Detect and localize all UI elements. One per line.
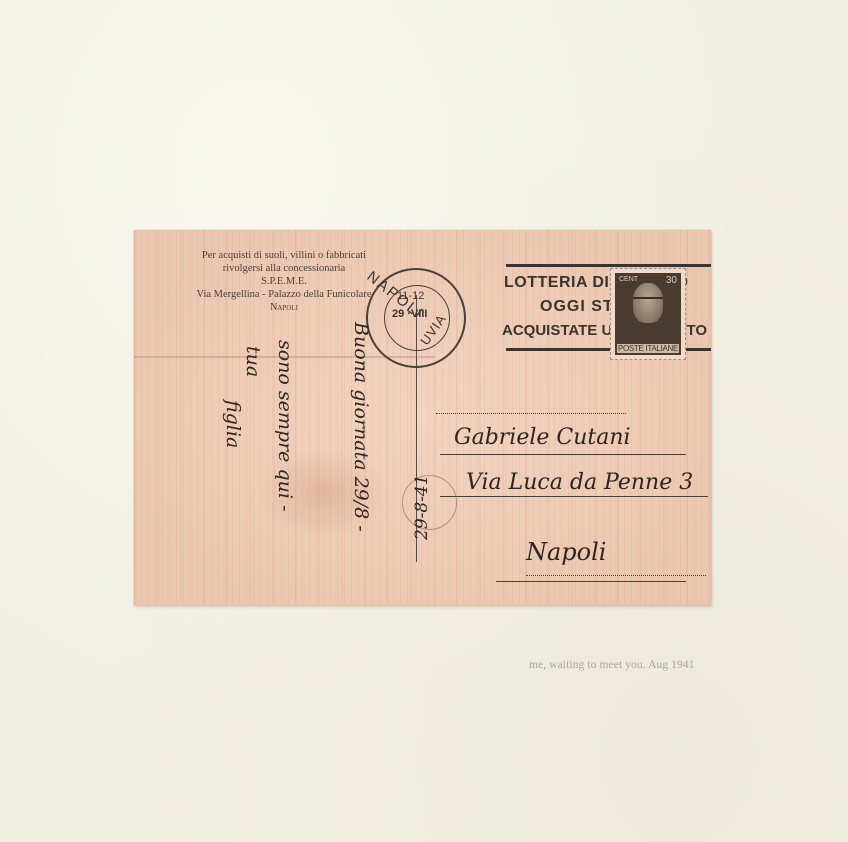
recipient-name: Gabriele Cutani — [454, 425, 631, 450]
address-line-3 — [496, 581, 686, 582]
message-line-1: Buona giornata 29/8 - — [350, 322, 372, 532]
address-dotted-line-2 — [526, 575, 706, 576]
message-line-2: sono sempre qui - — [274, 340, 296, 511]
stamp-value: 30 — [666, 275, 677, 286]
photo-caption: me, waiting to meet you. Aug 1941 — [529, 659, 695, 671]
message-line-3: tua — [242, 346, 264, 377]
address-line-1 — [440, 454, 686, 455]
recipient-city: Napoli — [526, 538, 606, 566]
stamp-country: POSTE ITALIANE — [617, 344, 679, 353]
promo-line-1: Per acquisti di suoli, villini o fabbric… — [164, 249, 404, 262]
promo-line-4: Via Mergellina - Palazzo della Funicolar… — [164, 288, 404, 301]
address-line-2 — [440, 496, 708, 497]
postcard: Per acquisti di suoli, villini o fabbric… — [134, 230, 711, 605]
cancel-bar-top — [506, 264, 711, 267]
recipient-street: Via Luca da Penne 3 — [466, 470, 693, 495]
stamp-denomination-label: CENT — [619, 276, 638, 283]
message-date: 29-8-41 — [412, 474, 432, 540]
message-line-4: figlia — [222, 400, 244, 448]
stamp-portrait: CENT 30 POSTE ITALIANE — [615, 273, 681, 355]
promo-line-2: rivolgersi alla concessionaria — [164, 262, 404, 275]
postmark-date: 29 ·VIII — [392, 308, 427, 320]
postage-stamp: CENT 30 POSTE ITALIANE — [610, 268, 686, 360]
postmark-time: 11-12 — [397, 290, 424, 302]
glasses-icon — [633, 297, 663, 307]
address-dotted-line — [436, 413, 626, 414]
